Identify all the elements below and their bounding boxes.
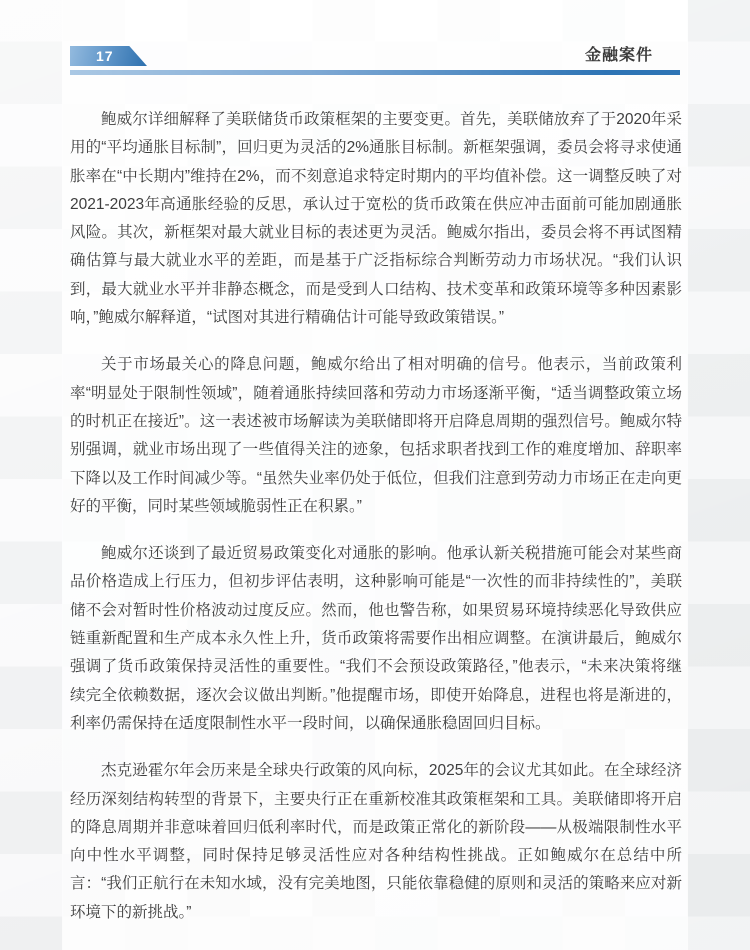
page-number: 17: [70, 46, 147, 66]
paragraph-rate-cut-signal: 关于市场最关心的降息问题，鲍威尔给出了相对明确的信号。他表示，当前政策利率“明显…: [70, 351, 682, 521]
article-body: 鲍威尔详细解释了美联储货币政策框架的主要变更。首先，美联储放弃了于2020年采用…: [70, 106, 682, 946]
paragraph-trade-policy: 鲍威尔还谈到了最近贸易政策变化对通胀的影响。他承认新关税措施可能会对某些商品价格…: [70, 540, 682, 738]
page-header: 17 金融案件: [70, 46, 680, 76]
header-rule: [70, 70, 680, 75]
paragraph-jackson-hole-summary: 杰克逊霍尔年会历来是全球央行政策的风向标，2025年的会议尤其如此。在全球经济经…: [70, 757, 682, 927]
header-title: 金融案件: [585, 47, 653, 65]
page-background: 17 金融案件 鲍威尔详细解释了美联储货币政策框架的主要变更。首先，美联储放弃了…: [0, 0, 750, 950]
paragraph-framework-changes: 鲍威尔详细解释了美联储货币政策框架的主要变更。首先，美联储放弃了于2020年采用…: [70, 106, 682, 332]
document-page: 17 金融案件 鲍威尔详细解释了美联储货币政策框架的主要变更。首先，美联储放弃了…: [62, 0, 688, 950]
page-number-badge: 17: [70, 46, 147, 66]
